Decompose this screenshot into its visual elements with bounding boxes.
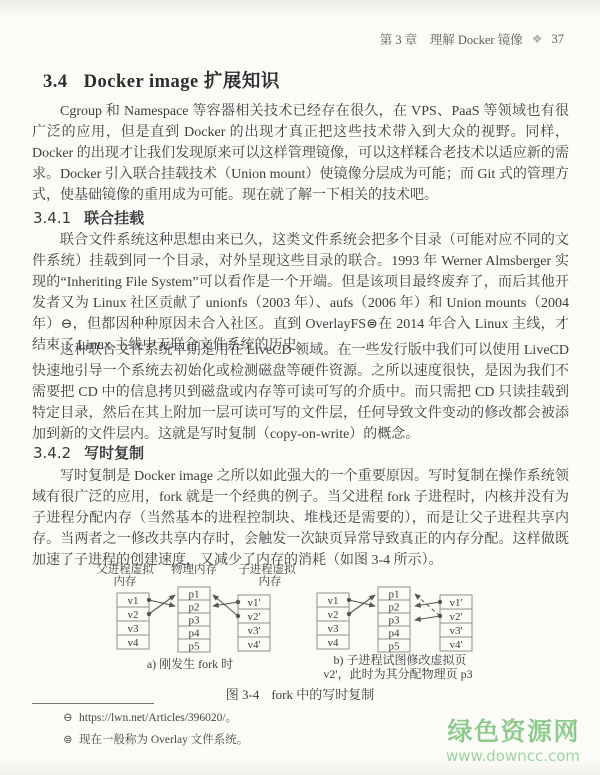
memory-cell: v3' (450, 625, 463, 637)
parent-memory-label: 父进程虚拟 (96, 562, 154, 576)
footnote-2: ⊜现在一般称为 Overlay 文件系统。 (63, 731, 248, 747)
memory-cell: p4 (189, 628, 201, 640)
section-title-text: Docker image 扩展知识 (84, 72, 280, 92)
physical-memory-label: 物理内存 (171, 562, 217, 576)
diagram-b-child-column: v1' v2' v3' v4' (440, 595, 472, 651)
paragraph-intro: Cgroup 和 Namespace 等容器相关技术已经存在很久，在 VPS、P… (32, 101, 569, 206)
watermark-site-name: 绿色资源网 (446, 718, 580, 747)
memory-cell: p1 (389, 589, 400, 601)
subsection-title-text: 写时复制 (84, 444, 144, 462)
memory-cell: v4 (328, 637, 340, 649)
memory-cell: v2' (450, 611, 463, 623)
figure-subcaption-b-line1: b) 子进程试图修改虚拟页 (334, 652, 467, 667)
memory-cell: v2 (128, 609, 139, 621)
figure-3-4-diagram: 父进程虚拟 内存 物理内存 子进程虚拟 内存 v1 v2 v3 v4 p1 p2… (0, 552, 600, 684)
figure-number: 图 3-4 (226, 687, 260, 702)
section-title: 3.4Docker image 扩展知识 (43, 67, 280, 93)
subsection-title-copy-on-write: 3.4.2写时复制 (33, 442, 144, 463)
memory-cell: v2 (328, 609, 339, 621)
diagram-b-physical-column: p1 p2 p3 p4 p5 (378, 587, 410, 653)
parent-memory-label-line2: 内存 (114, 574, 137, 588)
diagram-b-parent-column: v1 v2 v3 v4 (317, 593, 349, 649)
memory-cell: p2 (189, 602, 200, 614)
chapter-title: 第 3 章 理解 Docker 镜像 (380, 30, 523, 48)
paragraph-union-history: 联合文件系统这种思想由来已久，这类文件系统会把多个目录（可能对应不同的文件系统）… (32, 230, 569, 356)
subsection-title-union-mount: 3.4.1联合挂载 (33, 207, 144, 228)
footnote-divider (32, 703, 154, 704)
memory-cell: v1 (328, 595, 339, 607)
memory-cell: p4 (389, 628, 401, 640)
diagram-a-parent-column: v1 v2 v3 v4 (117, 593, 149, 649)
book-page: 第 3 章 理解 Docker 镜像 ❖ 37 3.4Docker image … (0, 0, 600, 775)
memory-cell: v4' (450, 639, 463, 651)
memory-cell: p3 (189, 615, 201, 627)
memory-cell: p2 (389, 602, 400, 614)
subsection-number: 3.4.1 (33, 209, 71, 227)
footnote-1-text: https://lwn.net/Articles/396020/。 (79, 712, 237, 724)
section-number: 3.4 (43, 72, 68, 92)
subsection-number: 3.4.2 (33, 444, 71, 462)
page-number: 37 (552, 32, 565, 47)
memory-cell: v4 (128, 637, 140, 649)
memory-cell: v1' (450, 597, 463, 609)
memory-cell: v3 (128, 623, 140, 635)
footnote-1: ⊖https://lwn.net/Articles/396020/。 (63, 709, 237, 725)
watermark: 绿色资源网 www.downcc.com (446, 718, 580, 765)
memory-cell: p5 (389, 641, 401, 653)
diagram-a-physical-column: p1 p2 p3 p4 p5 (178, 587, 210, 653)
memory-cell: v1 (128, 595, 139, 607)
memory-cell: p1 (189, 589, 200, 601)
watermark-site-url: www.downcc.com (446, 748, 580, 765)
child-memory-label-line2: 内存 (259, 574, 282, 588)
footnote-2-text: 现在一般称为 Overlay 文件系统。 (79, 734, 248, 746)
page-header: 第 3 章 理解 Docker 镜像 ❖ 37 (380, 30, 564, 48)
figure-subcaption-b-line2: v2'，此时为其分配物理页 p3 (323, 666, 472, 681)
child-memory-label: 子进程虚拟 (238, 562, 296, 576)
memory-cell: v2' (248, 611, 261, 623)
subsection-title-text: 联合挂载 (84, 209, 144, 227)
memory-cell: v3' (248, 625, 261, 637)
figure-caption: 图 3-4fork 中的写时复制 (0, 684, 600, 703)
ornament-icon: ❖ (532, 32, 543, 47)
memory-cell: v1' (248, 597, 261, 609)
memory-cell: p5 (189, 641, 201, 653)
figure-caption-text: fork 中的写时复制 (271, 687, 374, 702)
paragraph-livecd: 这种联合文件系统早期是用在 LiveCD 领域。在一些发行版中我们可以使用 Li… (32, 340, 569, 445)
diagram-a-child-column: v1' v2' v3' v4' (238, 595, 270, 651)
memory-cell: v3 (328, 623, 340, 635)
footnote-2-marker: ⊜ (63, 732, 79, 746)
memory-cell: v4' (248, 639, 261, 651)
figure-subcaption-a: a) 刚发生 fork 时 (147, 656, 233, 671)
footnote-1-marker: ⊖ (63, 710, 79, 724)
memory-cell: p3 (389, 615, 401, 627)
